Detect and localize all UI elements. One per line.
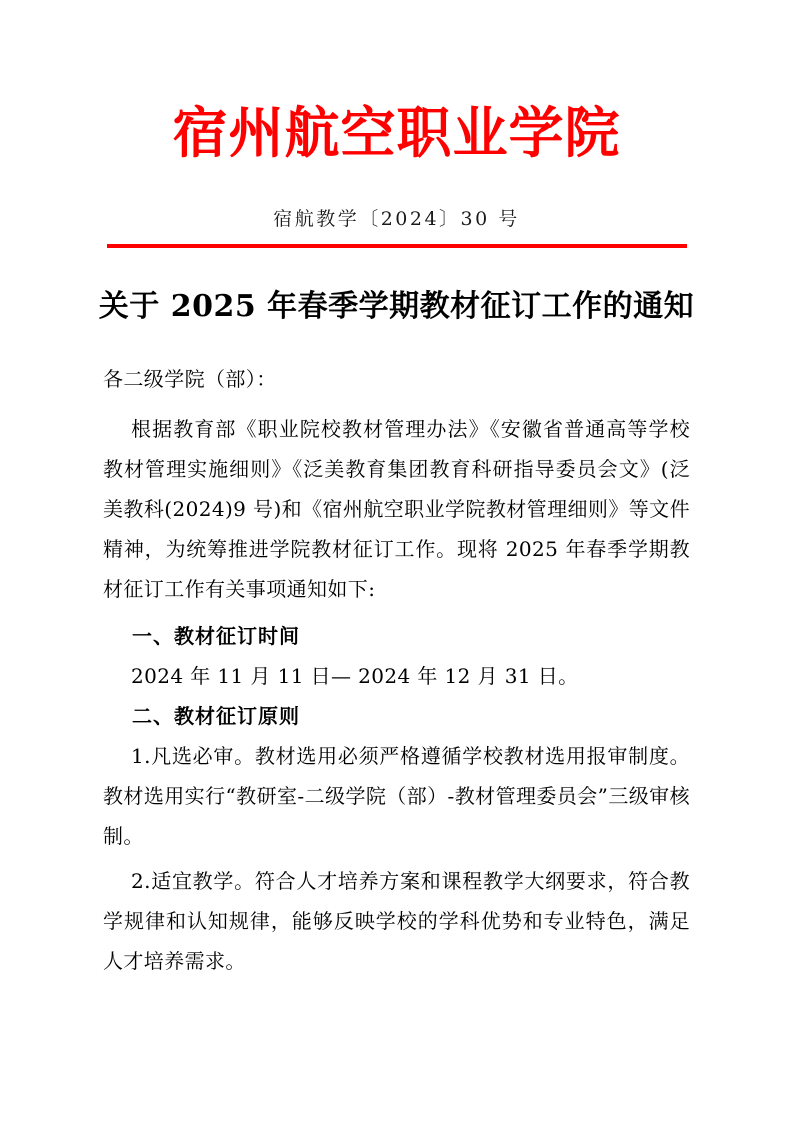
document-page: 宿州航空职业学院 宿航教学〔2024〕30 号 关于 2025 年春季学期教材征…	[0, 0, 793, 1122]
section-2-heading: 二、教材征订原则	[103, 696, 690, 736]
section-2-paragraph-2: 2.适宜教学。符合人才培养方案和课程教学大纲要求，符合教学规律和认知规律，能够反…	[103, 861, 690, 981]
org-name-letterhead: 宿州航空职业学院	[0, 0, 793, 163]
doc-number: 宿航教学〔2024〕30 号	[0, 207, 793, 231]
red-divider-line	[107, 244, 687, 248]
intro-paragraph: 根据教育部《职业院校教材管理办法》《安徽省普通高等学校教材管理实施细则》《泛美教…	[103, 409, 690, 609]
salutation: 各二级学院（部）：	[103, 359, 690, 399]
notice-body: 各二级学院（部）： 根据教育部《职业院校教材管理办法》《安徽省普通高等学校教材管…	[103, 359, 690, 981]
section-1-heading: 一、教材征订时间	[103, 616, 690, 656]
section-1-paragraph-1: 2024 年 11 月 11 日— 2024 年 12 月 31 日。	[103, 656, 690, 696]
section-2-paragraph-1: 1.凡选必审。教材选用必须严格遵循学校教材选用报审制度。教材选用实行“教研室-二…	[103, 736, 690, 856]
notice-title: 关于 2025 年春季学期教材征订工作的通知	[0, 289, 793, 324]
